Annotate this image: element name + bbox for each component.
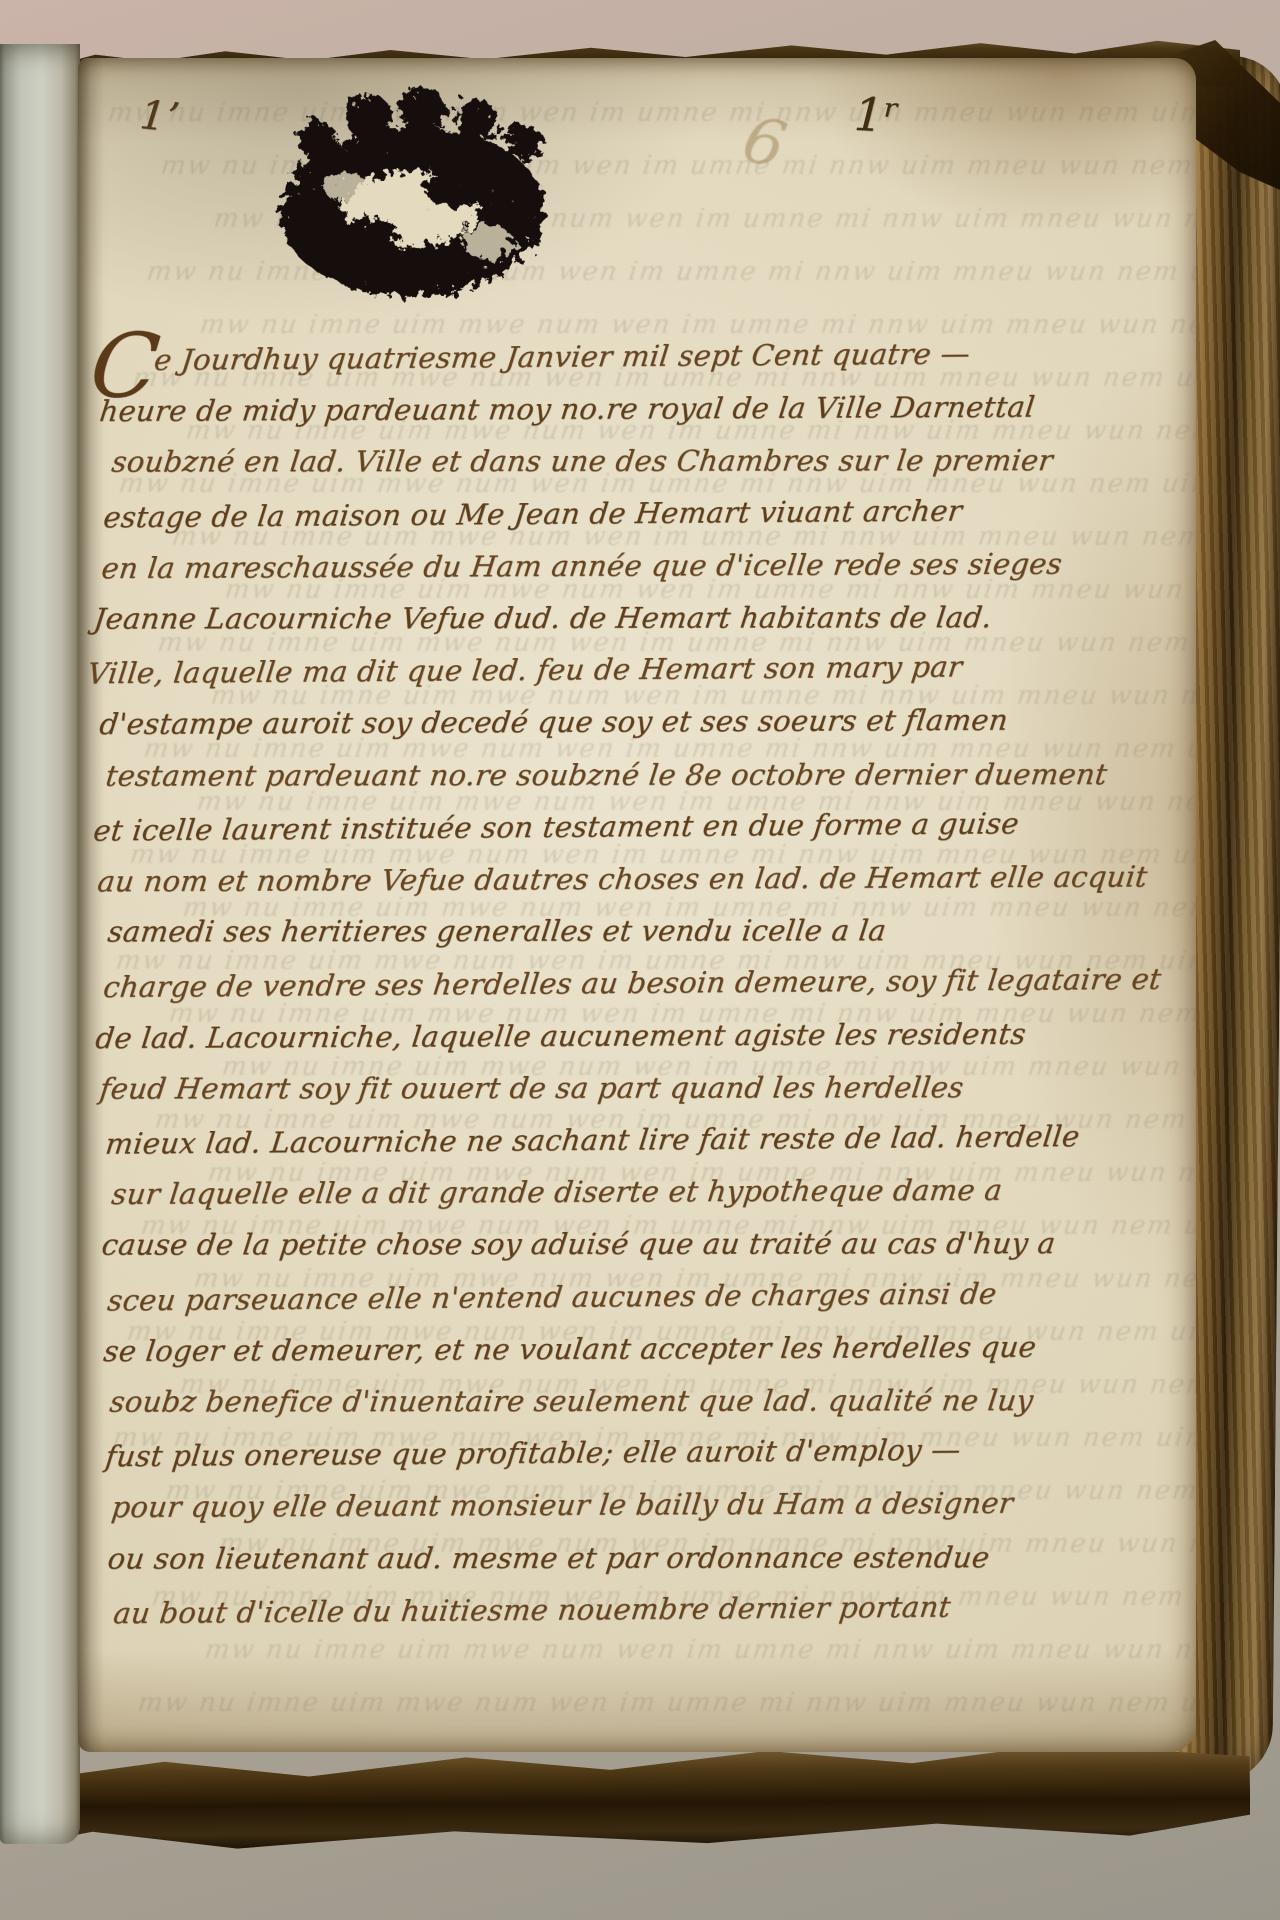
manuscript-line: charge de vendre ses herdelles au besoin… bbox=[102, 962, 1164, 1004]
manuscript-line: estage de la maison ou Me Jean de Hemart… bbox=[102, 493, 964, 534]
manuscript-page: mw nu imne uim mwe num wen im umne mi nn… bbox=[78, 58, 1196, 1752]
manuscript-line: Ce Jourdhuy quatriesme Janvier mil sept … bbox=[89, 337, 972, 384]
manuscript-text-layer: Ce Jourdhuy quatriesme Janvier mil sept … bbox=[78, 58, 1196, 1752]
manuscript-line: et icelle laurent instituée son testamen… bbox=[92, 806, 1021, 847]
manuscript-line: soubz benefice d'inuentaire seulement qu… bbox=[108, 1383, 1035, 1418]
manuscript-line: sur laquelle elle a dit grande diserte e… bbox=[110, 1173, 1004, 1211]
manuscript-line: au nom et nombre Vefue dautres choses en… bbox=[96, 860, 1150, 899]
photo-of-manuscript: { "folio": { "top_left_number": "1ʼ", "o… bbox=[0, 0, 1280, 1920]
manuscript-line: Ville, laquelle ma dit que led. feu de H… bbox=[86, 650, 965, 691]
manuscript-line: en la mareschaussée du Ham année que d'i… bbox=[100, 547, 1064, 586]
manuscript-line: fust plus onereuse que profitable; elle … bbox=[104, 1433, 963, 1474]
manuscript-line: testament pardeuant no.re soubzné le 8e … bbox=[104, 757, 1109, 793]
manuscript-line: sceu parseuance elle n'entend aucunes de… bbox=[106, 1276, 999, 1317]
manuscript-line: mieux lad. Lacourniche ne sachant lire f… bbox=[104, 1119, 1082, 1161]
manuscript-line: se loger et demeurer, et ne voulant acce… bbox=[102, 1330, 1038, 1368]
manuscript-line: pour quoy elle deuant monsieur le bailly… bbox=[110, 1486, 1015, 1524]
manuscript-line: feud Hemart soy fit ouuert de sa part qu… bbox=[98, 1070, 966, 1105]
manuscript-line: samedi ses heritieres generalles et vend… bbox=[106, 914, 888, 949]
left-page-stack-edge bbox=[0, 44, 80, 1844]
manuscript-line: ou son lieutenant aud. mesme et par ordo… bbox=[106, 1540, 992, 1575]
manuscript-line: soubzné en lad. Ville et dans une des Ch… bbox=[110, 444, 1055, 479]
manuscript-line: d'estampe auroit soy decedé que soy et s… bbox=[98, 703, 1010, 741]
manuscript-line: heure de midy pardeuant moy no.re royal … bbox=[98, 390, 1037, 428]
manuscript-line: Jeanne Lacourniche Vefue dud. de Hemart … bbox=[92, 600, 994, 635]
manuscript-line: cause de la petite chose soy aduisé que … bbox=[100, 1227, 1058, 1262]
manuscript-line: de lad. Lacourniche, laquelle aucunement… bbox=[94, 1016, 1028, 1054]
manuscript-line: au bout d'icelle du huitiesme nouembre d… bbox=[112, 1590, 953, 1631]
